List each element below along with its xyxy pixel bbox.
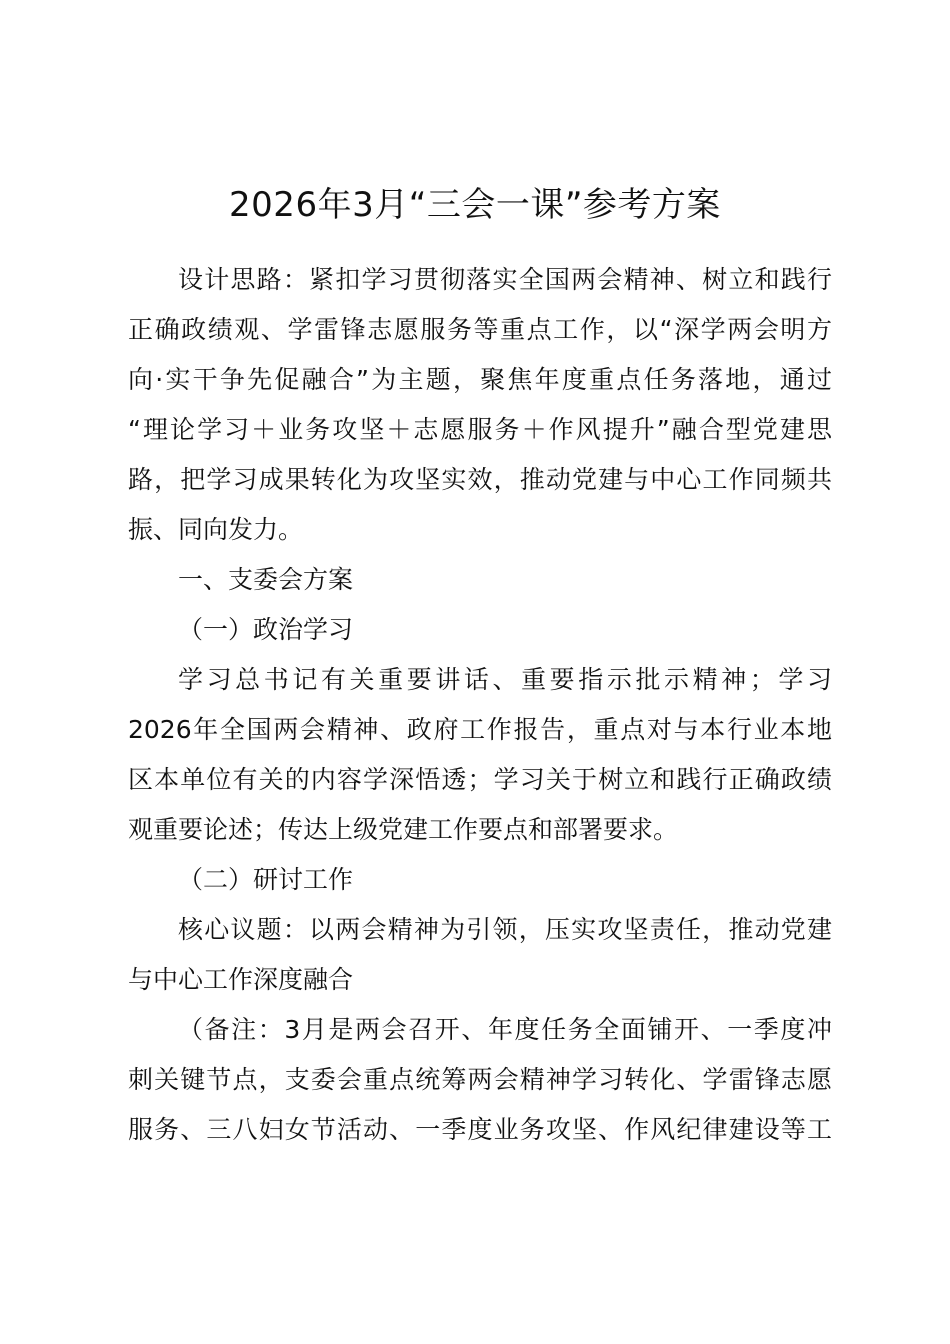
text-line: 与中心工作深度融合 — [128, 955, 832, 1005]
text-line: 服务、三八妇女节活动、一季度业务攻坚、作风纪律建设等工 — [128, 1105, 832, 1155]
text-line: 观重要论述；传达上级党建工作要点和部署要求。 — [128, 805, 832, 855]
text-line: 正确政绩观、学雷锋志愿服务等重点工作，以“深学两会明方 — [128, 305, 832, 355]
text-line: “理论学习＋业务攻坚＋志愿服务＋作风提升”融合型党建思 — [128, 405, 832, 455]
text-line: 设计思路：紧扣学习贯彻落实全国两会精神、树立和践行 — [178, 255, 832, 305]
text-line: （一）政治学习 — [178, 605, 832, 655]
text-line: 区本单位有关的内容学深悟透；学习关于树立和践行正确政绩 — [128, 755, 832, 805]
text-line: 2026年全国两会精神、政府工作报告，重点对与本行业本地 — [128, 705, 832, 755]
text-line: （备注：3月是两会召开、年度任务全面铺开、一季度冲 — [178, 1005, 832, 1055]
text-line: 一、支委会方案 — [178, 555, 832, 605]
document-page: 2026年3月“三会一课”参考方案 设计思路：紧扣学习贯彻落实全国两会精神、树立… — [0, 0, 950, 1344]
text-line: 核心议题：以两会精神为引领，压实攻坚责任，推动党建 — [178, 905, 832, 955]
text-line: 路，把学习成果转化为攻坚实效，推动党建与中心工作同频共 — [128, 455, 832, 505]
text-line: 刺关键节点，支委会重点统筹两会精神学习转化、学雷锋志愿 — [128, 1055, 832, 1105]
document-title: 2026年3月“三会一课”参考方案 — [0, 180, 950, 230]
text-line: 学习总书记有关重要讲话、重要指示批示精神；学习 — [178, 655, 832, 705]
text-line: 振、同向发力。 — [128, 505, 832, 555]
text-line: （二）研讨工作 — [178, 855, 832, 905]
text-line: 向·实干争先促融合”为主题，聚焦年度重点任务落地，通过 — [128, 355, 832, 405]
